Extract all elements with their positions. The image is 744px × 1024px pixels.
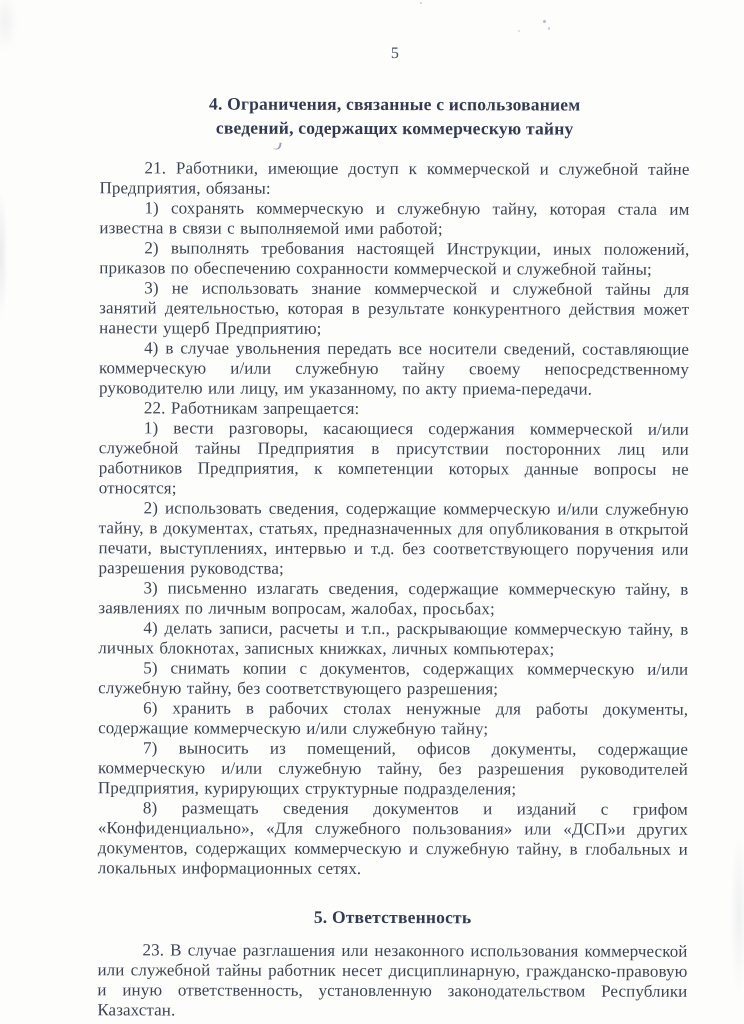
section-5-heading: 5. Ответственность xyxy=(98,904,688,930)
paragraph-22-item-2: 2) использовать сведения, содержащие ком… xyxy=(98,498,688,580)
paragraph-21-item-4: 4) в случае увольнения передать все носи… xyxy=(99,338,689,400)
page-number: 5 xyxy=(100,0,690,65)
section-4-heading-line-1: 4. Ограничения, связанные с использовани… xyxy=(100,91,690,117)
paragraph-21-item-2: 2) выполнять требования настоящей Инстру… xyxy=(99,238,689,280)
section-4-heading: 4. Ограничения, связанные с использовани… xyxy=(100,91,690,141)
section-5-body: 23. В случае разглашения или незаконного… xyxy=(97,940,687,1022)
document-page: 5 4. Ограничения, связанные с использова… xyxy=(0,0,744,1024)
page-content: 5 4. Ограничения, связанные с использова… xyxy=(0,0,744,1022)
paragraph-21: 21. Работники, имеющие доступ к коммерче… xyxy=(99,158,689,200)
scan-speck xyxy=(518,30,520,32)
paragraph-22-item-7: 7) выносить из помещений, офисов докумен… xyxy=(98,738,688,800)
section-4-body: 21. Работники, имеющие доступ к коммерче… xyxy=(98,158,690,880)
scan-speck xyxy=(543,20,546,23)
paragraph-21-item-1: 1) сохранять коммерческую и служебную та… xyxy=(99,198,689,240)
paragraph-21-item-3: 3) не использовать знание коммерческой и… xyxy=(99,278,689,340)
paragraph-22-item-1: 1) вести разговоры, касающиеся содержани… xyxy=(99,418,689,500)
paragraph-22: 22. Работникам запрещается: xyxy=(99,398,689,420)
paragraph-22-item-6: 6) хранить в рабочих столах ненужные для… xyxy=(98,698,688,740)
section-4-heading-line-2: сведений, содержащих коммерческую тайну xyxy=(100,115,690,141)
paragraph-22-item-8: 8) размещать сведения документов и издан… xyxy=(98,798,688,880)
scan-speck xyxy=(548,27,550,30)
paragraph-22-item-5: 5) снимать копии с документов, содержащи… xyxy=(98,658,688,700)
paragraph-23: 23. В случае разглашения или незаконного… xyxy=(97,940,687,1022)
paragraph-22-item-4: 4) делать записи, расчеты и т.п., раскры… xyxy=(98,618,688,660)
paragraph-22-item-3: 3) письменно излагать сведения, содержащ… xyxy=(98,578,688,620)
scan-speck xyxy=(420,2,422,4)
text-column: 5 4. Ограничения, связанные с использова… xyxy=(97,0,690,1022)
